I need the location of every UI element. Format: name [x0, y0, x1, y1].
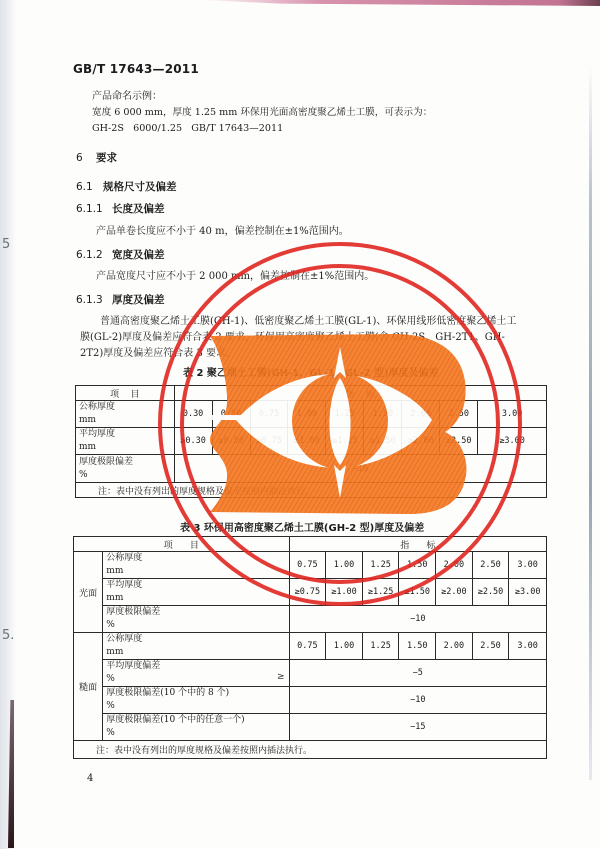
row-label: 平均厚度mm [103, 579, 289, 606]
section-6-1-2-body: 产品宽度尺寸应不小于 2 000 mm，偏差控制在±1%范围内。 [96, 270, 374, 284]
row-label: 厚度极限偏差% [76, 455, 175, 483]
value-cell: 1.50 [399, 552, 436, 579]
section-6-heading: 6要求 [76, 150, 117, 165]
row-label: 平均厚度mm [76, 428, 175, 455]
value-cell: ≥3.00 [478, 428, 547, 455]
span-value-cell: −5 [289, 660, 546, 687]
table2-note: 注：表中没有列出的厚度规格及偏差按照内插法执行。 [76, 483, 547, 498]
value-cell: 0.50 [212, 401, 250, 428]
row-label-name: 公称厚度 [106, 633, 286, 646]
row-label-name: 平均厚度 [79, 428, 172, 441]
table3-note-row: 注：表中没有列出的厚度规格及偏差按照内插法执行。 [74, 741, 547, 759]
row-label: 厚度极限偏差(10 个中的任意一个)% [103, 714, 289, 741]
value-cell: ≥1.00 [288, 428, 326, 455]
value-cell: 1.00 [326, 552, 363, 579]
row-label: 厚度极限偏差% [103, 606, 289, 633]
value-cell: ≥3.00 [509, 579, 547, 606]
value-cell: ≥0.30 [174, 428, 212, 455]
section-6-1-3-heading: 6.1.3厚度及偏差 [76, 292, 165, 307]
table3-note: 注：表中没有列出的厚度规格及偏差按照内插法执行。 [74, 741, 547, 759]
document-page: 5 5. GB/T 17643—2011 产品命名示例： 宽度 6 000 mm… [0, 0, 600, 849]
row-label-name: 公称厚度 [79, 401, 172, 414]
row-label-name: 厚度极限偏差(10 个中的 8 个) [106, 687, 286, 700]
value-cell: 3.00 [509, 633, 547, 660]
table3-header-row: 项 目 指 标 [74, 537, 547, 552]
value-cell: 2.50 [472, 633, 509, 660]
naming-example-line1: 宽度 6 000 mm，厚度 1.25 mm 环保用光面高密度聚乙烯土工膜，可表… [92, 106, 432, 120]
value-cell: 1.00 [326, 633, 363, 660]
row-label-name: 公称厚度 [106, 552, 286, 565]
value-cell: 2.50 [472, 552, 509, 579]
value-cell: 2.50 [440, 401, 478, 428]
standard-code-header: GB/T 17643—2011 [73, 62, 199, 76]
table-row: 平均厚度偏差%≥−5 [74, 660, 547, 687]
row-label-unit: mm [106, 646, 286, 659]
row-label-name: 平均厚度偏差 [106, 660, 286, 673]
row-label: 公称厚度mm [103, 633, 289, 660]
table-row: 厚度极限偏差%−10 [76, 455, 547, 483]
row-label-unit: % [106, 700, 286, 713]
row-label-unit: mm [79, 441, 172, 454]
naming-example-line2: GH-2S 6000/1.25 GB/T 17643—2011 [92, 122, 283, 136]
value-cell: ≥2.50 [472, 579, 509, 606]
table3-thickness: 项 目 指 标 光面公称厚度mm0.751.001.251.502.002.50… [73, 536, 547, 759]
value-cell: 2.00 [436, 552, 473, 579]
table2-caption: 表 2 聚乙烯土工膜(GH-1、GL-1、GL-2 型)厚度及偏差 [183, 364, 439, 379]
value-cell: 1.25 [326, 401, 364, 428]
value-cell: ≥1.25 [362, 579, 399, 606]
row-label-name: 厚度极限偏差 [106, 606, 286, 619]
value-cell: 1.50 [364, 401, 402, 428]
row-label-unit: mm [106, 592, 286, 605]
value-cell: ≥2.00 [402, 428, 440, 455]
page-number: 4 [87, 773, 93, 784]
scan-right-edge [589, 60, 592, 780]
span-value-cell: −10 [289, 687, 546, 714]
table2-header-row: 项 目 指 标 [76, 386, 547, 401]
value-cell: 0.75 [289, 633, 326, 660]
value-cell: 3.00 [478, 401, 547, 428]
value-cell: ≥1.50 [399, 579, 436, 606]
table-row: 公称厚度mm0.300.500.751.001.251.502.002.503.… [76, 401, 547, 428]
table-row: 厚度极限偏差(10 个中的 8 个)%−10 [74, 687, 547, 714]
value-cell: 2.00 [402, 401, 440, 428]
value-cell: ≥2.50 [440, 428, 478, 455]
section-6-1-3-body: 普通高密度聚乙烯土工膜(GH-1)、低密度聚乙烯土工膜(GL-1)、环保用线形低… [80, 314, 520, 362]
table-row: 平均厚度mm≥0.75≥1.00≥1.25≥1.50≥2.00≥2.50≥3.0… [74, 579, 547, 606]
value-cell: 1.50 [399, 633, 436, 660]
value-cell: ≥0.75 [289, 579, 326, 606]
value-cell: 2.00 [436, 633, 473, 660]
table3-header-item: 项 目 [74, 537, 290, 552]
row-label-name: 厚度极限偏差(10 个中的任意一个) [106, 714, 286, 727]
value-cell: 1.00 [288, 401, 326, 428]
row-label-name: 厚度极限偏差 [79, 456, 172, 469]
table3-header-index: 指 标 [289, 537, 546, 552]
section-6-1-2-heading: 6.1.2宽度及偏差 [76, 247, 165, 262]
table-row: 厚度极限偏差%−10 [74, 606, 547, 633]
value-cell: 0.75 [289, 552, 326, 579]
value-cell: ≥0.75 [250, 428, 288, 455]
table-row: 平均厚度mm≥0.30≥0.50≥0.75≥1.00≥1.25≥1.50≥2.0… [76, 428, 547, 455]
table2-header-item: 项 目 [76, 386, 175, 401]
value-cell: 1.25 [362, 552, 399, 579]
row-label-unit: mm [106, 565, 286, 578]
margin-mark: 5. [2, 628, 14, 643]
value-cell: ≥0.50 [212, 428, 250, 455]
row-label: 公称厚度mm [76, 401, 175, 428]
table-row: 光面公称厚度mm0.751.001.251.502.002.503.00 [74, 552, 547, 579]
span-value-cell: −10 [289, 606, 546, 633]
row-label-unit: % [106, 673, 286, 686]
span-value-cell: −15 [289, 714, 546, 741]
row-label-unit: mm [79, 414, 172, 427]
table2-note-row: 注：表中没有列出的厚度规格及偏差按照内插法执行。 [76, 483, 547, 498]
margin-mark: 5 [2, 237, 10, 252]
section-6-1-1-body: 产品单卷长度应不小于 40 m，偏差控制在±1%范围内。 [96, 225, 349, 239]
naming-example-label: 产品命名示例： [92, 90, 162, 104]
surface-group-label: 光面 [74, 552, 103, 633]
row-label-unit: % [106, 619, 286, 632]
row-label: 公称厚度mm [103, 552, 289, 579]
row-label-unit: % [106, 727, 286, 740]
row-label: 厚度极限偏差(10 个中的 8 个)% [103, 687, 289, 714]
section-6-1-heading: 6.1规格尺寸及偏差 [76, 179, 177, 194]
scan-top-band [200, 0, 600, 6]
surface-group-label: 糙面 [74, 633, 103, 741]
row-label-unit: % [79, 469, 172, 482]
table2-header-index: 指 标 [174, 386, 546, 401]
value-cell: ≥1.00 [326, 579, 363, 606]
value-cell: 0.75 [250, 401, 288, 428]
value-cell: ≥2.00 [436, 579, 473, 606]
ge-symbol: ≥ [277, 671, 285, 684]
value-cell: 1.25 [362, 633, 399, 660]
value-cell: 3.00 [509, 552, 547, 579]
table-row: 厚度极限偏差(10 个中的任意一个)%−15 [74, 714, 547, 741]
value-cell: 0.30 [174, 401, 212, 428]
section-6-1-1-heading: 6.1.1长度及偏差 [76, 201, 165, 216]
row-label: 平均厚度偏差%≥ [103, 660, 289, 687]
value-cell: ≥1.25 [326, 428, 364, 455]
table2-thickness: 项 目 指 标 公称厚度mm0.300.500.751.001.251.502.… [75, 385, 547, 498]
row-label-name: 平均厚度 [106, 579, 286, 592]
span-value-cell: −10 [174, 455, 546, 483]
table-row: 糙面公称厚度mm0.751.001.251.502.002.503.00 [74, 633, 547, 660]
table3-caption: 表 3 环保用高密度聚乙烯土工膜(GH-2 型)厚度及偏差 [180, 519, 424, 534]
value-cell: ≥1.50 [364, 428, 402, 455]
